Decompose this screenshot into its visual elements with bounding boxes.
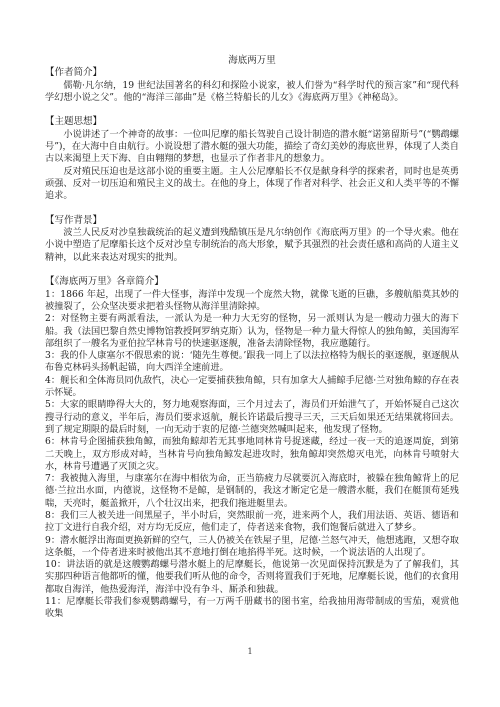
theme-paragraph-1: 小说讲述了一个神奇的故事：一位叫尼摩的船长驾驶自己设计制造的潜水艇“诺第留斯号”… (45, 129, 459, 166)
background-paragraph: 波兰人民反对沙皇独裁统治的起义遭到残酷镇压是凡尔纳创作《海底两万里》的一个导火索… (45, 227, 459, 264)
document-title: 海底两万里 (45, 55, 459, 67)
chapter-summary-8: 8：我们三人被关进一间黑屋子，半小时后，突然眼前一亮，进来两个人，我们用法语、英… (45, 510, 459, 535)
chapter-summary-2: 2：对怪物主要有两派看法，一派认为是一种力大无穷的怪物，另一派则认为是一艘动力强… (45, 313, 459, 350)
section-heading-background: 【写作背景】 (45, 215, 459, 227)
chapter-summary-9: 9：潜水艇浮出海面更换新鲜的空气，三人仍被关在铁屋子里，尼德·兰怒气冲天，他想逃… (45, 535, 459, 560)
section-heading-chapters: 【《海底两万里》各章简介】 (45, 276, 459, 288)
spacer (45, 203, 459, 215)
spacer (45, 104, 459, 116)
theme-paragraph-2: 反对殖民压迫也是这部小说的重要主题。主人公尼摩船长不仅是献身科学的探索者，同时也… (45, 166, 459, 203)
author-intro-paragraph: 儒勒·凡尔纳，19 世纪法国著名的科幻和探险小说家，被人们誉为“科学时代的预言家… (45, 80, 459, 105)
page-number: 1 (0, 647, 500, 656)
chapter-summary-10: 10：讲法语的就是这艘鹦鹉螺号潜水艇上的尼摩艇长，他说第一次见面保持沉默是为了了… (45, 559, 459, 596)
chapter-summary-1: 1：1866 年起，出现了一件大怪事，海洋中发现一个庞然大物，就像飞逝的巨礁，多… (45, 289, 459, 314)
chapter-summary-11: 11：尼摩艇长带我们参观鹦鹉螺号，有一万两千册藏书的图书室，给我抽用海带制成的雪… (45, 596, 459, 621)
chapter-summary-6: 6：林肯号企图捕获独角鲸，而独角鲸却若无其事地同林肯号捉迷藏，经过一夜一天的追逐… (45, 436, 459, 473)
chapter-summary-3: 3：我的仆人康塞尔不假思索的说：‘随先生尊便。’跟我一同上了以法拉格特为舰长的驱… (45, 350, 459, 375)
chapter-summary-7: 7：我被抛入海里，与康塞尔在海中相依为命，正当筋疲力尽就要沉入海底时，被躲在独角… (45, 473, 459, 510)
section-heading-theme: 【主题思想】 (45, 116, 459, 128)
chapter-summary-5: 5：大家的眼睛睁得大大的，努力地观察海面，三个月过去了，海员们开始泄气了，开始怀… (45, 399, 459, 436)
chapter-summary-4: 4：舰长和全体海员同仇敌忾，决心一定要捕获独角鲸，只有加拿大人捕鲸手尼德·兰对独… (45, 375, 459, 400)
spacer (45, 264, 459, 276)
section-heading-author: 【作者简介】 (45, 67, 459, 79)
document-page: 海底两万里 【作者简介】 儒勒·凡尔纳，19 世纪法国著名的科幻和探险小说家，被… (45, 55, 459, 621)
